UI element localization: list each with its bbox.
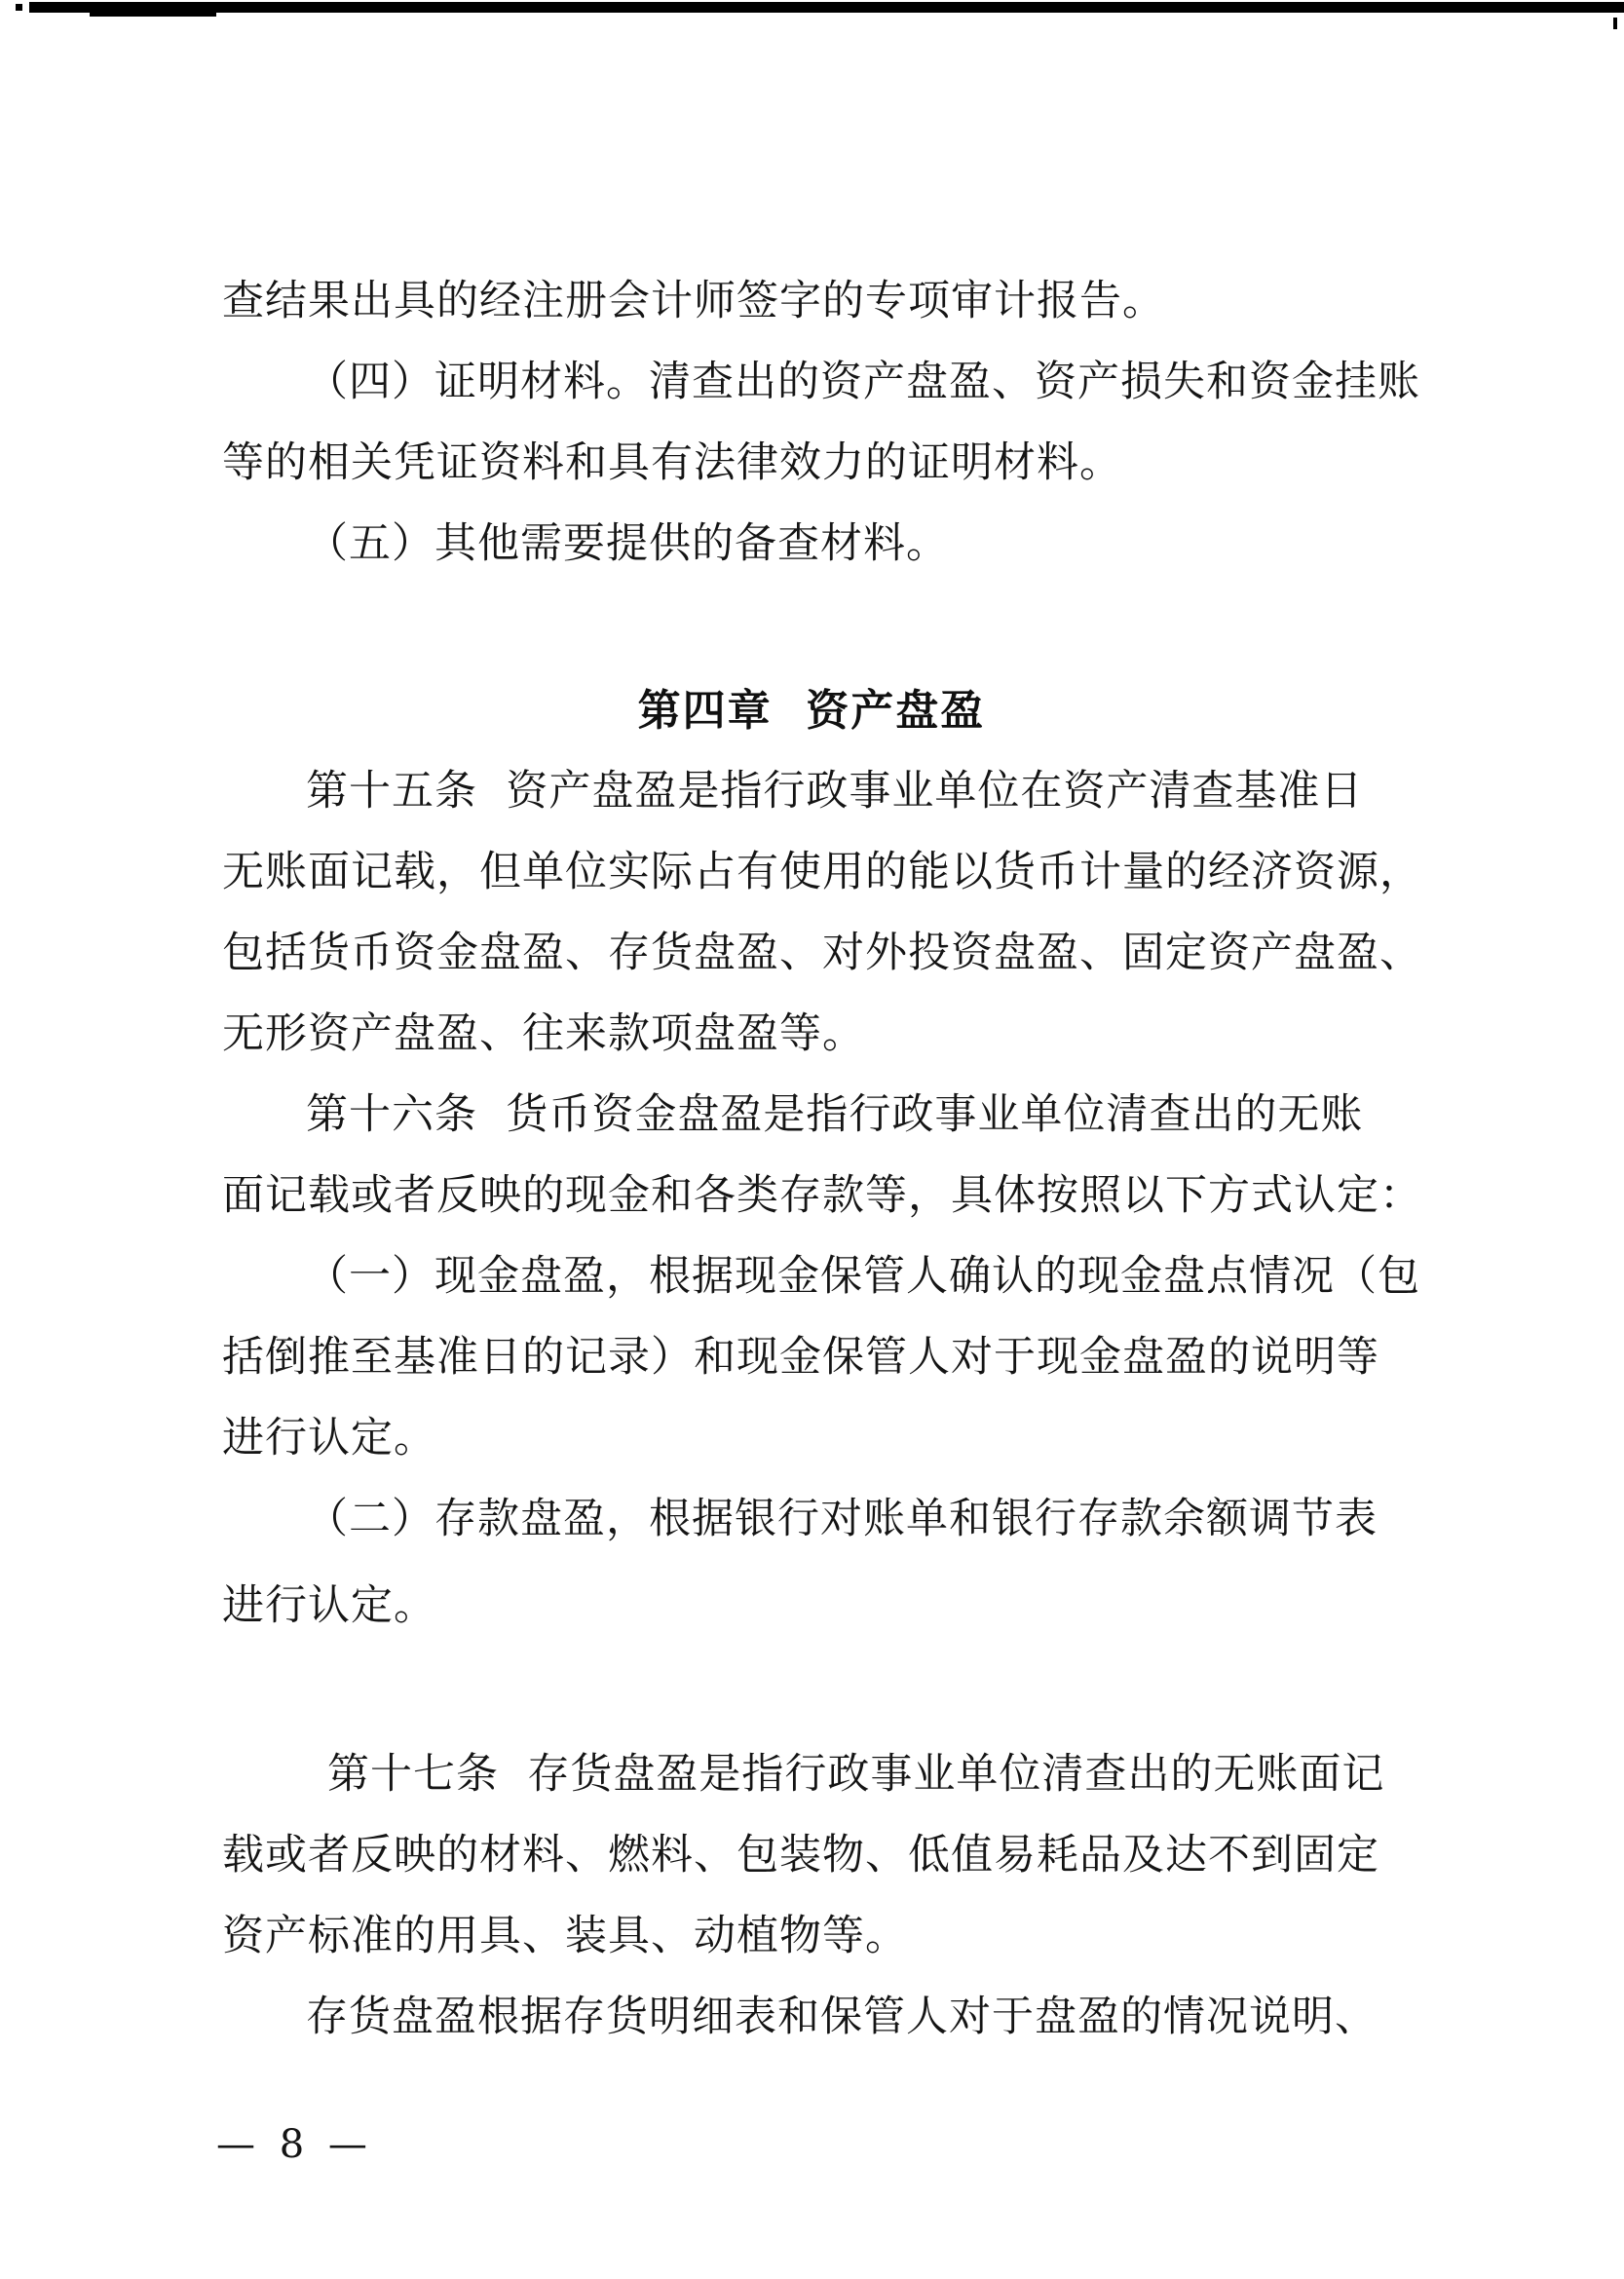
document-body: 查结果出具的经注册会计师签字的专项审计报告。 （四）证明材料。清查出的资产盘盈、… <box>222 261 1401 2058</box>
page-number: — 8 — <box>216 2122 373 2167</box>
text-line: 包括货币资金盘盈、存货盘盈、对外投资盘盈、固定资产盘盈、 <box>222 913 1401 994</box>
text-line: （四）证明材料。清查出的资产盘盈、资产损失和资金挂账 <box>222 342 1401 423</box>
text-line: 资产标准的用具、装具、动植物等。 <box>222 1896 1401 1977</box>
chapter-heading: 第四章 资产盘盈 <box>222 670 1401 751</box>
text-line: （五）其他需要提供的备查材料。 <box>222 504 1401 585</box>
text-line: 查结果出具的经注册会计师签字的专项审计报告。 <box>222 261 1401 342</box>
scan-artifact-smudge <box>90 13 216 17</box>
text-line: 等的相关凭证资料和具有法律效力的证明材料。 <box>222 423 1401 504</box>
text-line: 第十五条 资产盘盈是指行政事业单位在资产清查基准日 <box>222 751 1401 832</box>
text-line: 无账面记载，但单位实际占有使用的能以货币计量的经济资源， <box>222 832 1401 913</box>
scan-artifact-dot <box>16 4 22 11</box>
text-line: 进行认定。 <box>222 1566 1401 1647</box>
scan-artifact-top-bar <box>29 2 1624 13</box>
text-line: 第十六条 货币资金盘盈是指行政事业单位清查出的无账 <box>222 1075 1401 1156</box>
text-line: 第十七条 存货盘盈是指行政事业单位清查出的无账面记 <box>222 1734 1401 1815</box>
text-line: 存货盘盈根据存货明细表和保管人对于盘盈的情况说明、 <box>222 1977 1401 2058</box>
text-line: 载或者反映的材料、燃料、包装物、低值易耗品及达不到固定 <box>222 1815 1401 1896</box>
text-line: （二）存款盘盈，根据银行对账单和银行存款余额调节表 <box>222 1479 1401 1560</box>
text-line: 面记载或者反映的现金和各类存款等，具体按照以下方式认定： <box>222 1156 1401 1236</box>
scan-artifact-right-tick <box>1613 18 1617 29</box>
text-line: 无形资产盘盈、往来款项盘盈等。 <box>222 994 1401 1075</box>
text-line: （一）现金盘盈，根据现金保管人确认的现金盘点情况（包 <box>222 1236 1401 1317</box>
text-line: 括倒推至基准日的记录）和现金保管人对于现金盘盈的说明等 <box>222 1317 1401 1398</box>
text-line: 进行认定。 <box>222 1398 1401 1479</box>
